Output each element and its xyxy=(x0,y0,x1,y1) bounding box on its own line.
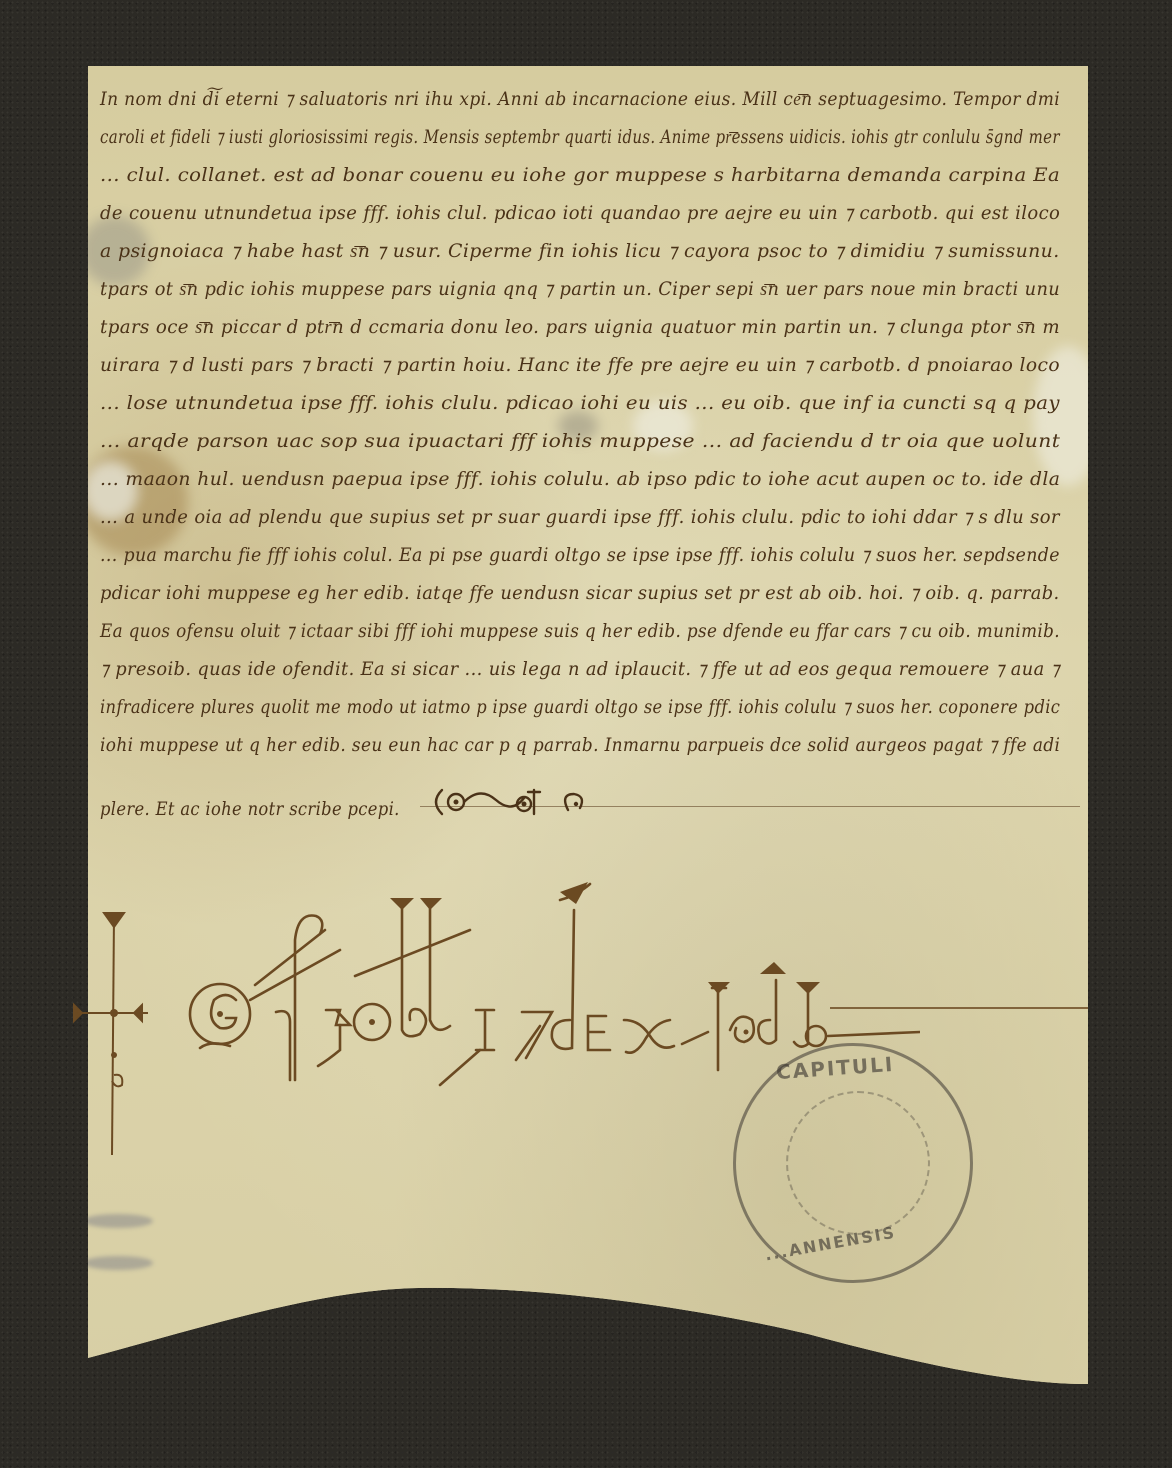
text-line: ... a unde oia ad plendu que supius set … xyxy=(100,506,1060,528)
text-line: tpars oce s͞n piccar d ptr͞n d ccmaria d… xyxy=(100,316,1060,339)
text-line: ... lose utnundetua ipse fff. iohis clul… xyxy=(100,392,1060,414)
signature-baseline xyxy=(830,1007,1088,1009)
grey-smear-left-lower xyxy=(83,1214,153,1228)
signature-cross-icon xyxy=(68,905,148,1165)
text-line: tpars ot s͞n pdic iohis muppese pars uig… xyxy=(100,278,1060,301)
text-line: plere. Et ac iohe notr scribe pcepi. xyxy=(100,798,400,820)
text-line: ... pua marchu fie fff iohis colul. Ea p… xyxy=(100,544,1060,566)
text-line: ⁊ presoib. quas ide ofendit. Ea si sicar… xyxy=(100,658,1060,680)
text-line: uirara ⁊ d lusti pars ⁊ bracti ⁊ partin … xyxy=(100,354,1060,376)
text-line: a psignoiaca ⁊ habe hast s͞n ⁊ usur. Cip… xyxy=(100,240,1060,263)
text-line: caroli et fideli ⁊ iusti gloriosissimi r… xyxy=(100,126,1060,149)
grey-smear-left-lower-2 xyxy=(83,1256,153,1270)
text-line: Ea quos ofensu oluit ⁊ ictaar sibi fff i… xyxy=(100,620,1060,642)
capitulum-stamp: CAPITULI ...ANNENSIS xyxy=(733,1043,973,1283)
notary-flourish-icon xyxy=(420,784,600,820)
stamp-inner-ring xyxy=(786,1091,930,1235)
text-line: pdicar iohi muppese eg her edib. iatqe f… xyxy=(100,582,1060,604)
text-line: ... arqde parson uac sop sua ipuactari f… xyxy=(100,430,1060,452)
text-line: In nom dni d͠i eterni ⁊ saluatoris nri i… xyxy=(100,88,1060,111)
text-line: iohi muppese ut q her edib. seu eun hac … xyxy=(100,734,1060,756)
text-line: ... clul. collanet. est ad bonar couenu … xyxy=(100,164,1060,186)
text-line: ... maaon hul. uendusn paepua ipse fff. … xyxy=(100,468,1060,490)
text-line: infradicere plures quolit me modo ut iat… xyxy=(100,696,1060,718)
text-line: de couenu utnundetua ipse fff. iohis clu… xyxy=(100,202,1060,224)
